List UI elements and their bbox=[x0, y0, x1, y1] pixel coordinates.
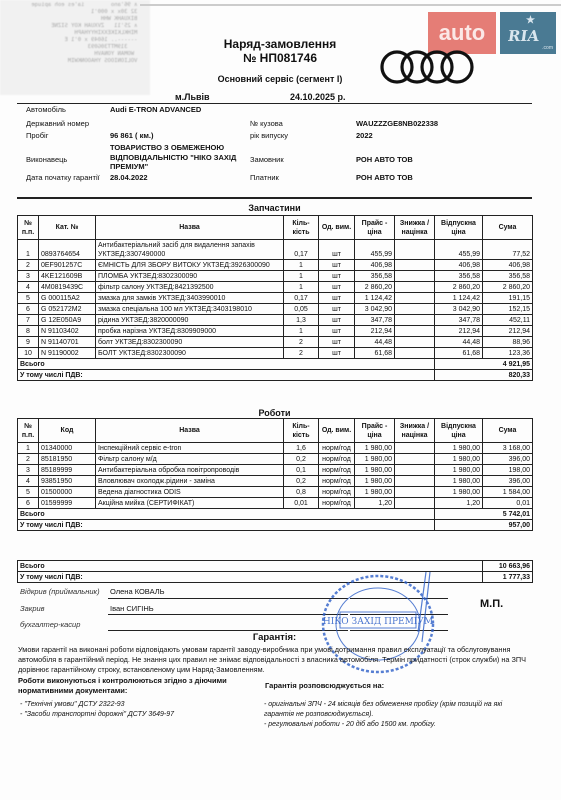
mileage-value: 96 861 ( км.) bbox=[110, 131, 154, 140]
column-header: Кіль-кість bbox=[284, 419, 319, 443]
column-header: № п.п. bbox=[18, 419, 39, 443]
table-cell bbox=[395, 443, 435, 454]
table-cell: норм/год bbox=[319, 443, 355, 454]
summary-value: 957,00 bbox=[435, 520, 533, 531]
table-cell: 1 124,42 bbox=[355, 293, 395, 304]
table-cell: норм/год bbox=[319, 454, 355, 465]
table-cell: 347,78 bbox=[435, 315, 483, 326]
column-header: Сума bbox=[483, 419, 533, 443]
table-cell bbox=[395, 304, 435, 315]
parts-section-title: Запчастини bbox=[17, 203, 532, 213]
table-cell: 2 860,20 bbox=[435, 282, 483, 293]
table-cell: 2 bbox=[284, 348, 319, 359]
table-cell: 1 980,00 bbox=[435, 443, 483, 454]
table-cell: 01599999 bbox=[39, 498, 96, 509]
norm-item: - "Засоби транспортні дорожні" ДСТУ 3649… bbox=[20, 710, 174, 720]
table-row: 8N 91103402пробка нарізна УКТЗЕД:8309909… bbox=[18, 326, 533, 337]
table-cell: 44,48 bbox=[355, 337, 395, 348]
table-cell: 4 bbox=[18, 476, 39, 487]
accountant-label: бухгалтер-касир bbox=[20, 620, 80, 629]
table-cell bbox=[395, 498, 435, 509]
summary-row: У тому числі ПДВ:820,33 bbox=[18, 370, 533, 381]
table-cell: 212,94 bbox=[355, 326, 395, 337]
table-cell: 0893764654 bbox=[39, 240, 96, 260]
table-cell bbox=[395, 454, 435, 465]
city: м.Львів bbox=[175, 92, 210, 102]
table-cell: 44,48 bbox=[435, 337, 483, 348]
table-cell: 1 bbox=[284, 260, 319, 271]
summary-row: Всього5 742,01 bbox=[18, 509, 533, 520]
table-cell: 0EF901257C bbox=[39, 260, 96, 271]
table-row: 601599999Акційна мийка (СЕРТИФІКАТ)0,01н… bbox=[18, 498, 533, 509]
signature-line bbox=[108, 598, 348, 599]
column-header: Відпускна ціна bbox=[435, 216, 483, 240]
table-cell: 212,94 bbox=[483, 326, 533, 337]
mileage-label: Пробіг bbox=[26, 131, 48, 140]
table-cell: 61,68 bbox=[435, 348, 483, 359]
table-cell: шт bbox=[319, 271, 355, 282]
summary-label: У тому числі ПДВ: bbox=[18, 370, 435, 381]
table-cell: 85181950 bbox=[39, 454, 96, 465]
warranty-start-label: Дата початку гарантії bbox=[26, 173, 100, 182]
table-cell: 1 bbox=[284, 326, 319, 337]
table-cell: Акційна мийка (СЕРТИФІКАТ) bbox=[96, 498, 284, 509]
table-cell: G 000115A2 bbox=[39, 293, 96, 304]
svg-text:НІКО ЗАХІД ПРЕМІУМ: НІКО ЗАХІД ПРЕМІУМ bbox=[323, 617, 433, 627]
table-cell: норм/год bbox=[319, 487, 355, 498]
table-cell: 0,2 bbox=[284, 454, 319, 465]
table-cell: 1 980,00 bbox=[355, 487, 395, 498]
vin-label: № кузова bbox=[250, 119, 283, 128]
table-row: 9N 91140701болт УКТЗЕД:83023000902шт44,4… bbox=[18, 337, 533, 348]
table-cell: 452,11 bbox=[483, 315, 533, 326]
table-cell: ПЛОМБА УКТЗЕД:8302300090 bbox=[96, 271, 284, 282]
table-cell: 1 124,42 bbox=[435, 293, 483, 304]
table-cell: 123,36 bbox=[483, 348, 533, 359]
table-row: 501500000Ведена діагностика ODIS0,8норм/… bbox=[18, 487, 533, 498]
table-cell: 3 168,00 bbox=[483, 443, 533, 454]
table-cell: 0,1 bbox=[284, 465, 319, 476]
table-cell: 1 980,00 bbox=[355, 443, 395, 454]
divider bbox=[17, 197, 532, 199]
table-cell: шт bbox=[319, 240, 355, 260]
table-cell: 1,20 bbox=[355, 498, 395, 509]
warranty-text: Умови гарантії на виконані роботи відпов… bbox=[18, 645, 528, 675]
opened-by-name: Олена КОВАЛЬ bbox=[110, 587, 165, 596]
table-cell: змазка для замків УКТЗЕД:3403990010 bbox=[96, 293, 284, 304]
column-header: Код bbox=[39, 419, 96, 443]
table-cell: 1 980,00 bbox=[435, 454, 483, 465]
signature-line bbox=[108, 614, 348, 615]
norm-item: - "Технічні умови" ДСТУ 2322-93 bbox=[20, 700, 174, 710]
table-cell bbox=[395, 476, 435, 487]
plate-label: Державний номер bbox=[26, 119, 89, 128]
table-cell: 1 bbox=[18, 443, 39, 454]
scope-list: - оригінальні ЗПЧ - 24 місяців без обмеж… bbox=[264, 700, 534, 730]
executor-label: Виконавець bbox=[26, 155, 67, 164]
table-cell: 0,01 bbox=[284, 498, 319, 509]
table-cell: 1 980,00 bbox=[355, 465, 395, 476]
table-cell bbox=[395, 240, 435, 260]
table-cell: шт bbox=[319, 337, 355, 348]
table-cell bbox=[395, 348, 435, 359]
table-cell bbox=[395, 465, 435, 476]
summary-label: Всього bbox=[18, 509, 435, 520]
table-row: 101340000Інспекційний сервіс e-tron1,6но… bbox=[18, 443, 533, 454]
table-cell: Антибактеріальний засіб для видалення за… bbox=[96, 240, 284, 260]
grand-vat-value: 1 777,33 bbox=[483, 572, 533, 583]
table-cell: 1 980,00 bbox=[435, 465, 483, 476]
table-cell: 1,20 bbox=[435, 498, 483, 509]
table-row: 7G 12E050A9рідина УКТЗЕД:38200000901,3шт… bbox=[18, 315, 533, 326]
table-cell: 5 bbox=[18, 293, 39, 304]
table-cell bbox=[395, 315, 435, 326]
table-cell: 396,00 bbox=[483, 476, 533, 487]
table-cell: 2 bbox=[18, 260, 39, 271]
table-cell: 1,6 bbox=[284, 443, 319, 454]
document-number: № НП081746 bbox=[180, 51, 380, 65]
column-header: Назва bbox=[96, 216, 284, 240]
warranty-title: Гарантія: bbox=[17, 632, 532, 643]
column-header: Кат. № bbox=[39, 216, 96, 240]
table-cell: 1 584,00 bbox=[483, 487, 533, 498]
table-cell: 0,8 bbox=[284, 487, 319, 498]
column-header: Од. вим. bbox=[319, 216, 355, 240]
table-cell: 1,3 bbox=[284, 315, 319, 326]
table-cell: 4 bbox=[18, 282, 39, 293]
divider bbox=[17, 103, 532, 104]
column-header: № п.п. bbox=[18, 216, 39, 240]
column-header: Сума bbox=[483, 216, 533, 240]
table-cell: 4KE121609B bbox=[39, 271, 96, 282]
table-cell: 01500000 bbox=[39, 487, 96, 498]
table-cell: 1 bbox=[284, 271, 319, 282]
table-cell: 1 bbox=[284, 282, 319, 293]
table-cell: N 91190002 bbox=[39, 348, 96, 359]
table-cell: рідина УКТЗЕД:3820000090 bbox=[96, 315, 284, 326]
document-subtitle: Основний сервіс (сегмент I) bbox=[150, 74, 410, 84]
car-value: Audi E-TRON ADVANCED bbox=[110, 105, 201, 114]
grand-total-label: Всього bbox=[18, 561, 483, 572]
column-header: Відпускна ціна bbox=[435, 419, 483, 443]
table-cell: 2 860,20 bbox=[355, 282, 395, 293]
table-cell: G 12E050A9 bbox=[39, 315, 96, 326]
table-cell: 152,15 bbox=[483, 304, 533, 315]
column-header: Од. вим. bbox=[319, 419, 355, 443]
table-cell: 1 980,00 bbox=[355, 476, 395, 487]
summary-value: 4 921,95 bbox=[435, 359, 533, 370]
table-cell: норм/год bbox=[319, 476, 355, 487]
payer-label: Платник bbox=[250, 173, 279, 182]
table-cell: 406,98 bbox=[435, 260, 483, 271]
table-cell bbox=[395, 487, 435, 498]
works-section-title: Роботи bbox=[17, 408, 532, 418]
table-cell: змазка спеціальна 100 мл УКТЗЕД:34031980… bbox=[96, 304, 284, 315]
table-cell: 356,58 bbox=[355, 271, 395, 282]
table-cell: 85189999 bbox=[39, 465, 96, 476]
table-cell: Ведена діагностика ODIS bbox=[96, 487, 284, 498]
table-cell: G 052172M2 bbox=[39, 304, 96, 315]
faded-receipt-scan: ∧ 96'ano ia'es eoh apiuqe 32 30x x 000'1… bbox=[0, 0, 150, 95]
table-cell: норм/год bbox=[319, 465, 355, 476]
table-cell: 455,99 bbox=[355, 240, 395, 260]
opened-by-label: Відкрив (приймальник) bbox=[20, 587, 100, 596]
document-title: Наряд-замовлення bbox=[180, 37, 380, 51]
ria-com-text: .com bbox=[542, 45, 553, 51]
table-row: 10893764654Антибактеріальний засіб для в… bbox=[18, 240, 533, 260]
table-cell: N 91103402 bbox=[39, 326, 96, 337]
table-cell: 347,78 bbox=[355, 315, 395, 326]
table-cell: шт bbox=[319, 326, 355, 337]
table-cell bbox=[395, 326, 435, 337]
table-cell: 2 bbox=[284, 337, 319, 348]
column-header: Кіль-кість bbox=[284, 216, 319, 240]
ria-logo-text: RIA bbox=[507, 27, 541, 45]
table-cell: 3 042,90 bbox=[435, 304, 483, 315]
table-cell: 0,05 bbox=[284, 304, 319, 315]
closed-by-name: Іван СИГІНЬ bbox=[110, 604, 154, 613]
star-icon: ★ bbox=[526, 15, 535, 26]
table-cell: 8 bbox=[18, 326, 39, 337]
column-header: Знижка / націнка bbox=[395, 216, 435, 240]
norms-title: Роботи виконуються і контролюються згідн… bbox=[18, 676, 238, 696]
warranty-start-value: 28.04.2022 bbox=[110, 173, 148, 182]
table-cell bbox=[395, 271, 435, 282]
column-header: Прайс - ціна bbox=[355, 419, 395, 443]
table-row: 493851950Вловлювач охолодж.рідини - замі… bbox=[18, 476, 533, 487]
table-cell: 1 bbox=[18, 240, 39, 260]
table-cell: Вловлювач охолодж.рідини - заміна bbox=[96, 476, 284, 487]
table-cell: ЄМНІСТЬ ДЛЯ ЗБОРУ ВИТОКУ УКТЗЕД:39263000… bbox=[96, 260, 284, 271]
summary-value: 820,33 bbox=[435, 370, 533, 381]
table-cell: шт bbox=[319, 348, 355, 359]
table-cell: норм/год bbox=[319, 498, 355, 509]
table-row: 285181950Фільтр салону м/д0,2норм/год1 9… bbox=[18, 454, 533, 465]
summary-label: Всього bbox=[18, 359, 435, 370]
table-cell: 01340000 bbox=[39, 443, 96, 454]
table-row: 6G 052172M2змазка спеціальна 100 мл УКТЗ… bbox=[18, 304, 533, 315]
summary-label: У тому числі ПДВ: bbox=[18, 520, 435, 531]
table-cell: 1 980,00 bbox=[435, 487, 483, 498]
table-cell: 1 980,00 bbox=[435, 476, 483, 487]
table-cell: 356,58 bbox=[483, 271, 533, 282]
customer-label: Замовник bbox=[250, 155, 284, 164]
table-cell: 3 042,90 bbox=[355, 304, 395, 315]
summary-value: 5 742,01 bbox=[435, 509, 533, 520]
table-row: 20EF901257CЄМНІСТЬ ДЛЯ ЗБОРУ ВИТОКУ УКТЗ… bbox=[18, 260, 533, 271]
table-row: 5G 000115A2змазка для замків УКТЗЕД:3403… bbox=[18, 293, 533, 304]
table-cell: БОЛТ УКТЗЕД:8302300090 bbox=[96, 348, 284, 359]
table-cell bbox=[395, 337, 435, 348]
table-cell: Антибактеріальна обробка повітропроводів bbox=[96, 465, 284, 476]
table-cell: 6 bbox=[18, 498, 39, 509]
table-cell: 356,58 bbox=[435, 271, 483, 282]
summary-row: У тому числі ПДВ:957,00 bbox=[18, 520, 533, 531]
table-cell: 3 bbox=[18, 271, 39, 282]
table-cell: 93851950 bbox=[39, 476, 96, 487]
table-cell: 406,98 bbox=[483, 260, 533, 271]
table-cell: шт bbox=[319, 304, 355, 315]
table-cell bbox=[395, 260, 435, 271]
table-cell: 7 bbox=[18, 315, 39, 326]
column-header: Назва bbox=[96, 419, 284, 443]
table-cell: 0,17 bbox=[284, 240, 319, 260]
table-cell: 3 bbox=[18, 465, 39, 476]
table-cell: фільтр салону УКТЗЕД:8421392500 bbox=[96, 282, 284, 293]
scope-item: - регулювальні роботи - 20 діб або 1500 … bbox=[264, 720, 534, 730]
table-cell: 2 bbox=[18, 454, 39, 465]
parts-table: № п.п.Кат. №НазваКіль-кістьОд. вим.Прайс… bbox=[17, 215, 533, 381]
table-row: 34KE121609BПЛОМБА УКТЗЕД:83023000901шт35… bbox=[18, 271, 533, 282]
summary-row: Всього4 921,95 bbox=[18, 359, 533, 370]
table-cell: шт bbox=[319, 260, 355, 271]
car-label: Автомобіль bbox=[26, 105, 66, 114]
scan-edge bbox=[140, 4, 561, 6]
scope-item: - оригінальні ЗПЧ - 24 місяців без обмеж… bbox=[264, 700, 534, 720]
table-row: 385189999Антибактеріальна обробка повітр… bbox=[18, 465, 533, 476]
table-cell: 2 860,20 bbox=[483, 282, 533, 293]
table-cell: 1 980,00 bbox=[355, 454, 395, 465]
norms-list: - "Технічні умови" ДСТУ 2322-93 - "Засоб… bbox=[20, 700, 174, 720]
column-header: Знижка / націнка bbox=[395, 419, 435, 443]
grand-total-table: Всього10 663,96 У тому числі ПДВ:1 777,3… bbox=[17, 560, 533, 583]
payer-value: РОН АВТО ТОВ bbox=[356, 173, 413, 182]
table-cell: 5 bbox=[18, 487, 39, 498]
table-cell: шт bbox=[319, 282, 355, 293]
year-value: 2022 bbox=[356, 131, 373, 140]
scope-title: Гарантія розповсюджується на: bbox=[265, 681, 384, 691]
vin-value: WAUZZZGE8NB022338 bbox=[356, 119, 438, 128]
executor-value: ТОВАРИСТВО З ОБМЕЖЕНОЮ ВІДПОВІДАЛЬНІСТЮ … bbox=[110, 143, 245, 172]
table-cell: Інспекційний сервіс e-tron bbox=[96, 443, 284, 454]
signature-line bbox=[108, 630, 348, 631]
table-cell: 198,00 bbox=[483, 465, 533, 476]
table-cell: 0,01 bbox=[483, 498, 533, 509]
grand-total-value: 10 663,96 bbox=[483, 561, 533, 572]
closed-by-label: Закрив bbox=[20, 604, 45, 613]
table-cell: 88,96 bbox=[483, 337, 533, 348]
table-cell: шт bbox=[319, 293, 355, 304]
table-cell: Фільтр салону м/д bbox=[96, 454, 284, 465]
table-cell: 61,68 bbox=[355, 348, 395, 359]
table-cell: 4M0819439C bbox=[39, 282, 96, 293]
table-cell: 406,98 bbox=[355, 260, 395, 271]
year-label: рік випуску bbox=[250, 131, 288, 140]
document-date: 24.10.2025 р. bbox=[290, 92, 346, 102]
table-cell: 0,2 bbox=[284, 476, 319, 487]
table-cell: 455,99 bbox=[435, 240, 483, 260]
table-cell: 191,15 bbox=[483, 293, 533, 304]
table-cell: пробка нарізна УКТЗЕД:8309909000 bbox=[96, 326, 284, 337]
table-cell: болт УКТЗЕД:8302300090 bbox=[96, 337, 284, 348]
table-cell bbox=[395, 293, 435, 304]
table-cell bbox=[395, 282, 435, 293]
works-table: № п.п.КодНазваКіль-кістьОд. вим.Прайс - … bbox=[17, 418, 533, 531]
column-header: Прайс - ціна bbox=[355, 216, 395, 240]
table-cell: 6 bbox=[18, 304, 39, 315]
table-row: 10N 91190002БОЛТ УКТЗЕД:83023000902шт61,… bbox=[18, 348, 533, 359]
stamp-mark: М.П. bbox=[480, 598, 503, 610]
table-cell: 0,17 bbox=[284, 293, 319, 304]
customer-value: РОН АВТО ТОВ bbox=[356, 155, 413, 164]
table-cell: 10 bbox=[18, 348, 39, 359]
table-row: 44M0819439Cфільтр салону УКТЗЕД:84213925… bbox=[18, 282, 533, 293]
table-cell: 396,00 bbox=[483, 454, 533, 465]
table-cell: 9 bbox=[18, 337, 39, 348]
ria-logo: ★ RIA .com bbox=[500, 12, 556, 54]
table-cell: 77,52 bbox=[483, 240, 533, 260]
table-cell: 212,94 bbox=[435, 326, 483, 337]
table-cell: N 91140701 bbox=[39, 337, 96, 348]
table-cell: шт bbox=[319, 315, 355, 326]
